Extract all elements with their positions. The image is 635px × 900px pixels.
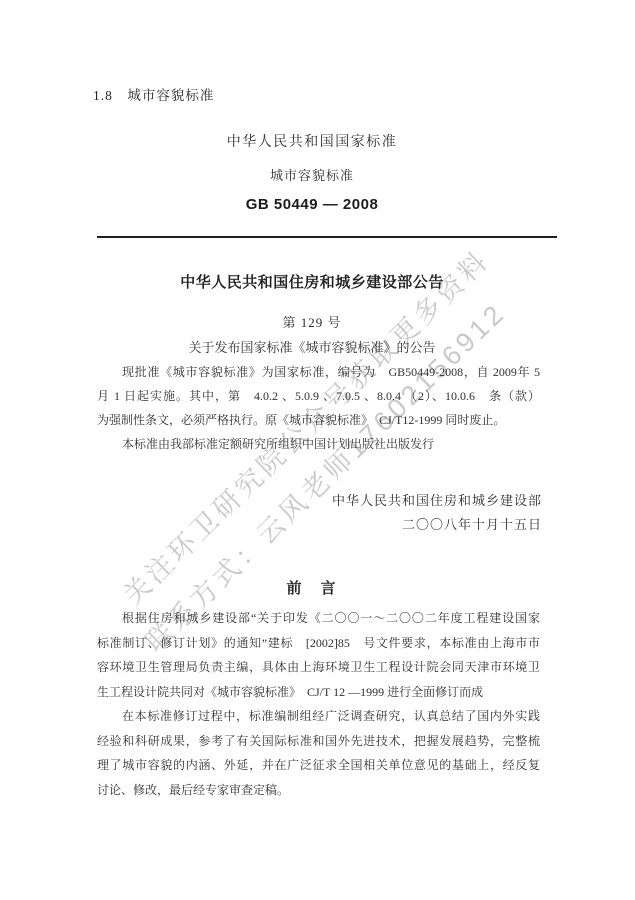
divider-rule [97, 236, 557, 238]
text-line: 理了城市容貌的内涵、外延，并在广泛征求全国相关单位意见的基础上，经反复 [97, 753, 540, 778]
text-line: 为强制性条文，必须严格执行。原《城市容貌标准》 CJ/T12-1999 同时废止… [97, 408, 540, 432]
text-line: 经验和科研成果，参考了有关国际标准和国外先进技术，把握发展趋势，完整梳 [97, 729, 540, 754]
signature-line: 中华人民共和国住房和城乡建设部 [97, 490, 542, 509]
text-line: 根据住房和城乡建设部“关于印发《二〇〇一～二〇〇二年度工程建设国家 [97, 606, 540, 631]
announcement-subject: 关于发布国家标准《城市容貌标准》的公告 [97, 337, 527, 356]
standard-code: GB 50449 — 2008 [97, 196, 527, 213]
standard-header-country: 中华人民共和国国家标准 [97, 131, 527, 151]
text-line: 讨论、修改，最后经专家审查定稿。 [97, 778, 540, 803]
text-line: 标准制订、修订计划》的通知”建标 [2002]85 号文件要求，本标准由上海市市 [97, 631, 540, 656]
standard-title: 城市容貌标准 [97, 165, 527, 184]
announcement-title: 中华人民共和国住房和城乡建设部公告 [97, 271, 527, 292]
announcement-body: 现批准《城市容貌标准》为国家标准，编号为 GB50449-2008，自 2009… [97, 360, 540, 432]
foreword-paragraph-2: 在本标准修订过程中，标准编制组经广泛调查研究，认真总结了国内外实践经验和科研成果… [97, 704, 540, 802]
text-line: 容环境卫生管理局负责主编，具体由上海环境卫生工程设计院会同天津市环境卫 [97, 655, 540, 680]
document-page: 关注环卫研究院公众号获取更多资料 联系方式：云风老师17602156912 1.… [0, 0, 635, 900]
signature-date: 二〇〇八年十月十五日 [97, 514, 542, 533]
publisher-line: 本标准由我部标准定额研究所组织中国计划出版社出版发行 [97, 432, 540, 456]
foreword-paragraph-1: 根据住房和城乡建设部“关于印发《二〇〇一～二〇〇二年度工程建设国家标准制订、修订… [97, 606, 540, 704]
text-line: 生工程设计院共同对《城市容貌标准》 CJ/T 12 —1999 进行全面修订而成 [97, 680, 540, 705]
text-line: 本标准由我部标准定额研究所组织中国计划出版社出版发行 [97, 432, 540, 456]
foreword-title: 前 言 [97, 577, 527, 598]
announcement-number: 第 129 号 [97, 312, 527, 331]
text-line: 现批准《城市容貌标准》为国家标准，编号为 GB50449-2008，自 2009… [97, 360, 540, 384]
section-heading: 1.8 城市容貌标准 [93, 84, 214, 104]
text-line: 月 1 日起实施。其中，第 4.0.2 、5.0.9 、7.0.5 、8.0.4… [97, 384, 540, 408]
text-line: 在本标准修订过程中，标准编制组经广泛调查研究，认真总结了国内外实践 [97, 704, 540, 729]
